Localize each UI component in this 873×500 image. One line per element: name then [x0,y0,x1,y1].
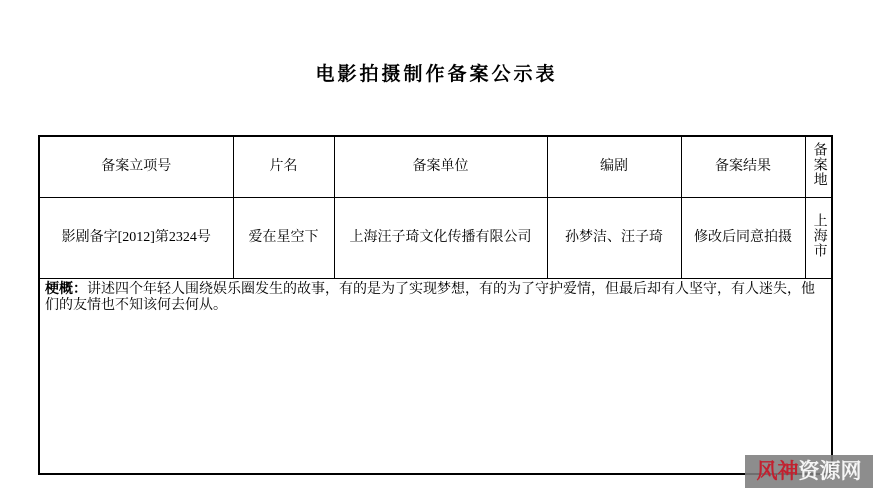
watermark: 风神资源网 [745,455,873,488]
header-filing-unit: 备案单位 [334,136,547,197]
page-title: 电影拍摄制作备案公示表 [0,59,873,86]
table-synopsis-row: 梗概：讲述四个年轻人围绕娱乐圈发生的故事，有的是为了实现梦想，有的为了守护爱情，… [39,278,832,474]
header-filing-place: 备案地 [805,136,832,197]
table-header-row: 备案立项号 片名 备案单位 编剧 备案结果 备案地 [39,136,832,197]
header-filing-place-vertical-text: 备案地 [811,142,826,187]
header-filing-result: 备案结果 [681,136,805,197]
watermark-brand-white: 资源网 [799,461,862,482]
cell-filing-place-vertical-text: 上海市 [811,213,826,258]
document-page: 电影拍摄制作备案公示表 备案立项号 片名 备案单位 编剧 备案结果 备案地 影剧… [0,0,873,500]
table-data-row: 影剧备字[2012]第2324号 爱在星空下 上海汪子琦文化传播有限公司 孙梦洁… [39,197,832,278]
cell-filing-unit: 上海汪子琦文化传播有限公司 [334,197,547,278]
cell-filing-place: 上海市 [805,197,832,278]
filing-table: 备案立项号 片名 备案单位 编剧 备案结果 备案地 影剧备字[2012]第232… [38,135,833,475]
cell-screenwriter: 孙梦洁、汪子琦 [547,197,681,278]
cell-filing-number: 影剧备字[2012]第2324号 [39,197,233,278]
cell-film-title: 爱在星空下 [233,197,334,278]
header-film-title: 片名 [233,136,334,197]
watermark-brand-red: 风神 [757,461,799,482]
cell-filing-result: 修改后同意拍摄 [681,197,805,278]
header-screenwriter: 编剧 [547,136,681,197]
synopsis-text: 讲述四个年轻人围绕娱乐圈发生的故事，有的是为了实现梦想，有的为了守护爱情，但最后… [45,282,815,313]
header-filing-number: 备案立项号 [39,136,233,197]
synopsis-cell: 梗概：讲述四个年轻人围绕娱乐圈发生的故事，有的是为了实现梦想，有的为了守护爱情，… [39,278,832,474]
synopsis-label: 梗概： [45,282,87,297]
